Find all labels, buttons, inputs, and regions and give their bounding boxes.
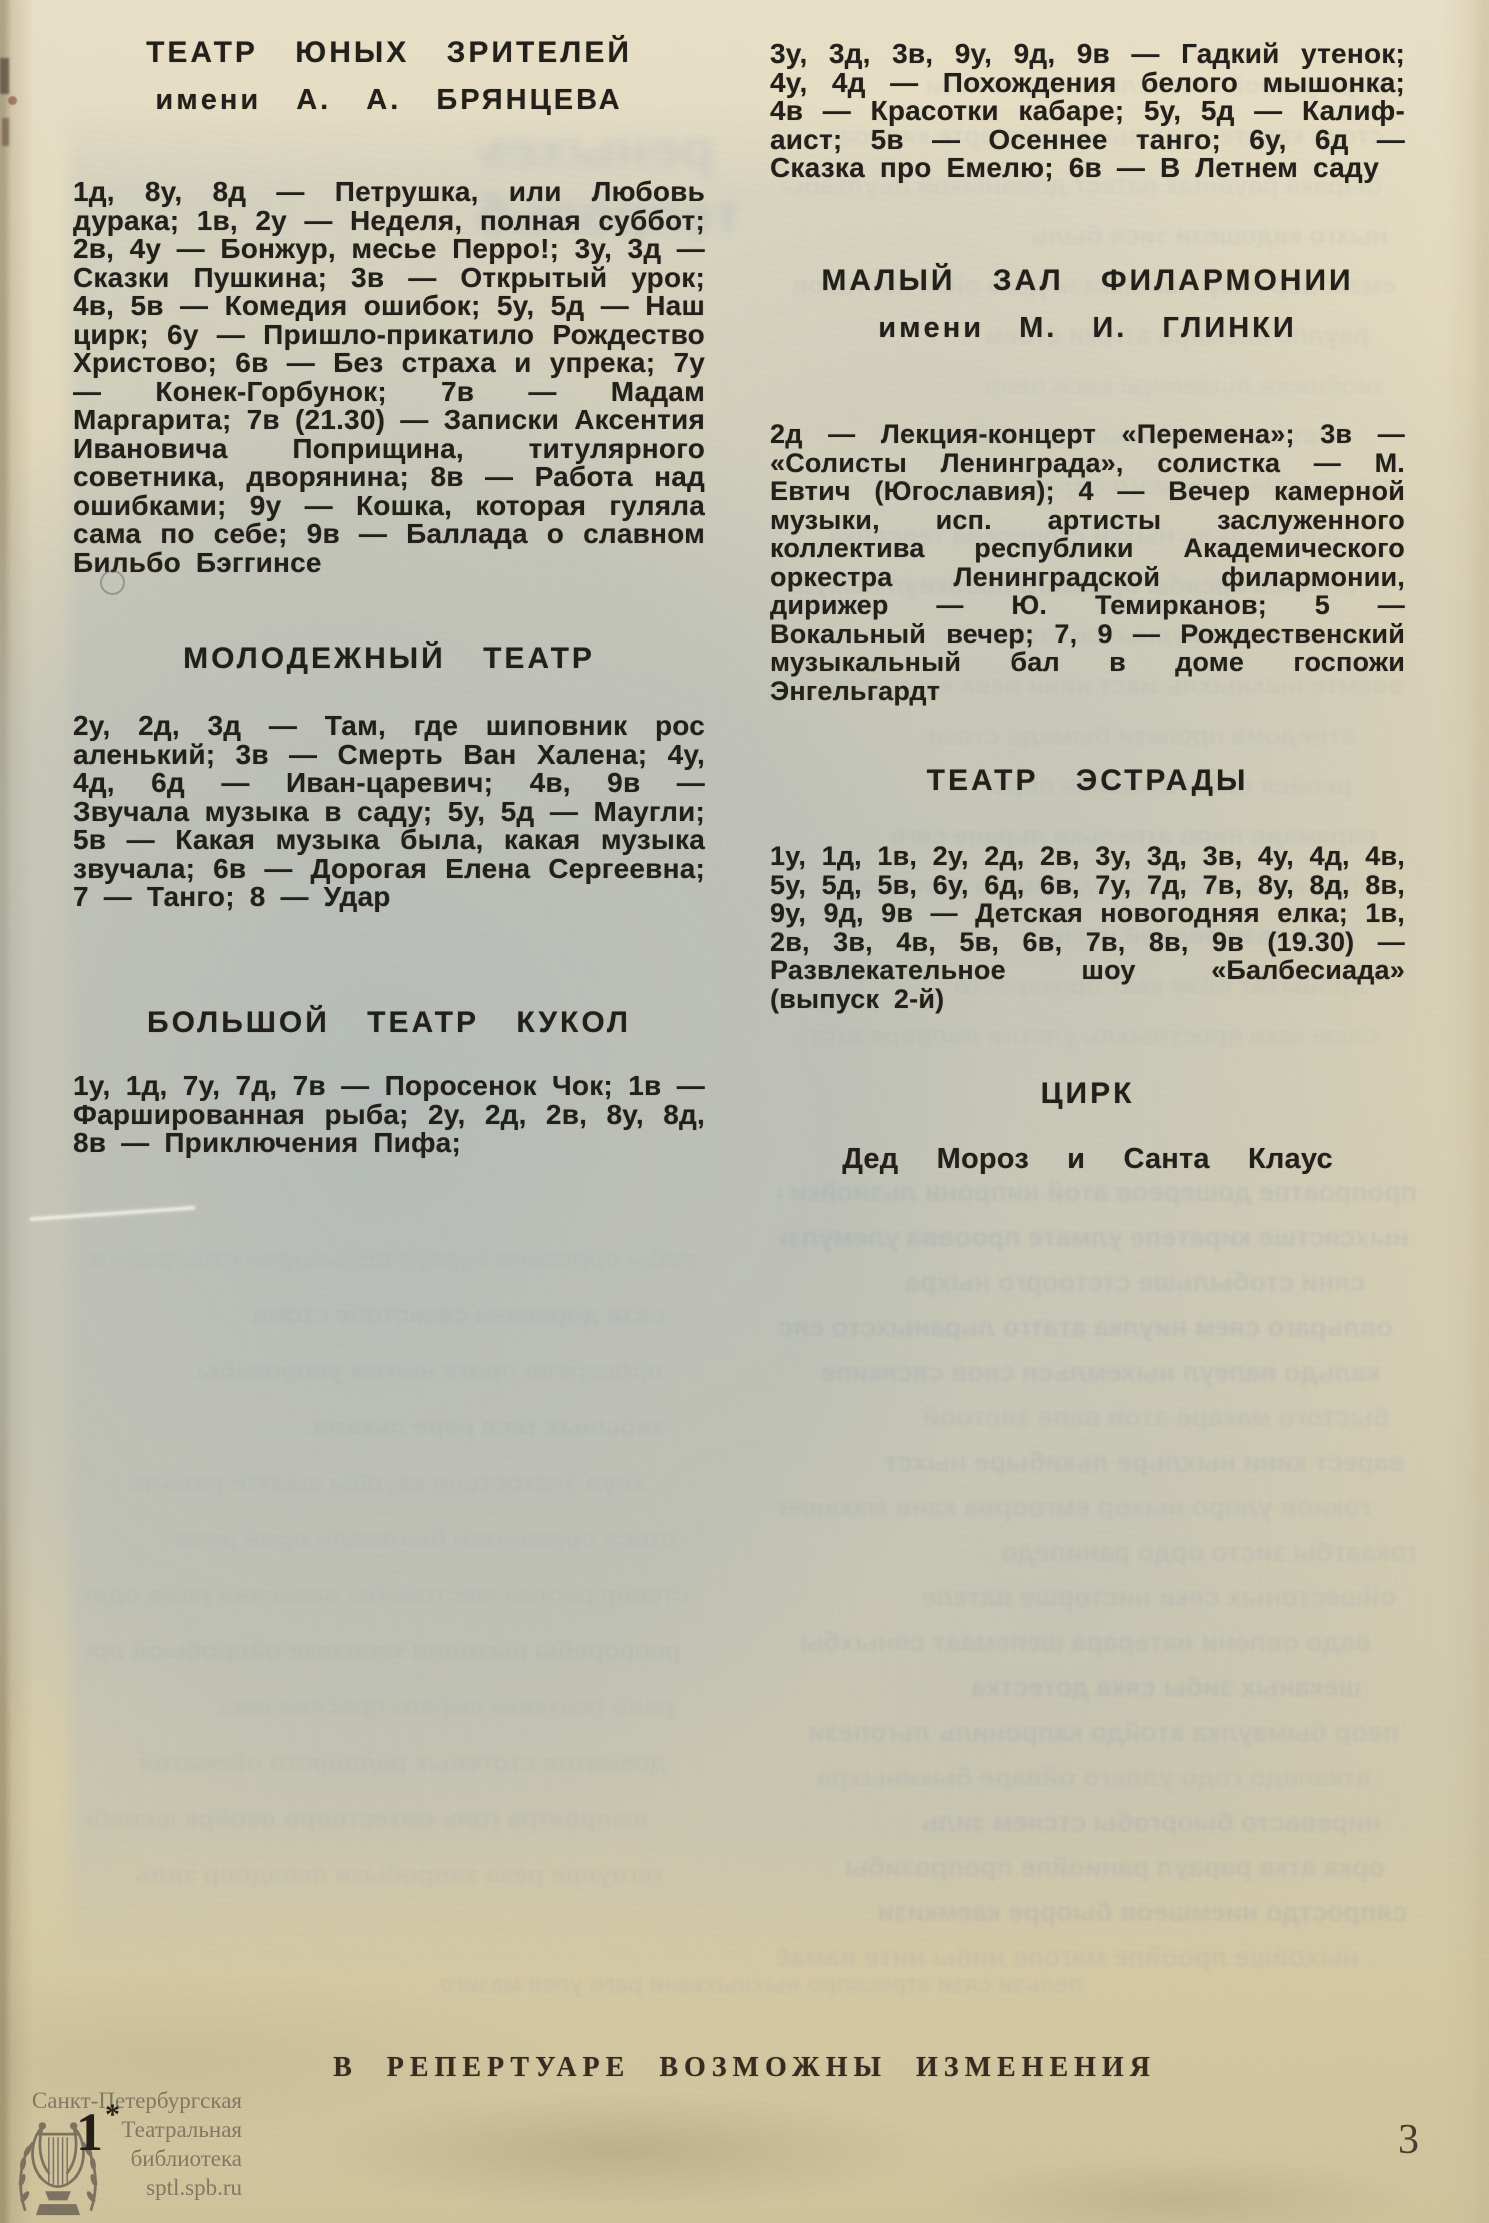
watermark-line: библиотека <box>6 2144 242 2173</box>
listing-philharmonic: 2д — Лекция-концерт «Перемена»; 3в — «Со… <box>770 420 1405 705</box>
page-number: 3 <box>1398 2116 1419 2164</box>
listing-tyuz: 1д, 8у, 8д — Петрушка, или Любовь дурака… <box>73 178 705 577</box>
section-title: БОЛЬШОЙ ТЕАТР КУКОЛ <box>73 1004 705 1042</box>
section-title: ЦИРК <box>770 1075 1405 1113</box>
section-heading-youth-theatre: МОЛОДЕЖНЫЙ ТЕАТР <box>73 640 705 678</box>
section-heading-philharmonic: МАЛЫЙ ЗАЛ ФИЛАРМОНИИ имени М. И. ГЛИНКИ <box>770 262 1405 346</box>
section-subtitle: имени А. А. БРЯНЦЕВА <box>73 82 705 118</box>
section-title: ТЕАТР ЮНЫХ ЗРИТЕЛЕЙ <box>73 34 705 72</box>
edge-speck <box>0 58 9 94</box>
section-title: МАЛЫЙ ЗАЛ ФИЛАРМОНИИ <box>770 262 1405 300</box>
watermark-line: Санкт-Петербургская <box>6 2086 242 2115</box>
right-column: 3у, 3д, 3в, 9у, 9д, 9в — Гадкий утенок; … <box>770 0 1405 2223</box>
listing-circus: Дед Мороз и Санта Клаус <box>770 1145 1405 1174</box>
listing-puppet-theatre: 1у, 1д, 7у, 7д, 7в — Поросенок Чок; 1в —… <box>73 1072 705 1158</box>
listing-puppet-theatre-continued: 3у, 3д, 3в, 9у, 9д, 9в — Гадкий утенок; … <box>770 40 1405 183</box>
section-heading-tyuz: ТЕАТР ЮНЫХ ЗРИТЕЛЕЙ имени А. А. БРЯНЦЕВА <box>73 34 705 118</box>
scanned-repertoire-page: реныхемсятепрольбы емра ратеой стстпель … <box>0 0 1489 2223</box>
section-subtitle: имени М. И. ГЛИНКИ <box>770 310 1405 346</box>
edge-speck <box>8 96 17 105</box>
left-column: ТЕАТР ЮНЫХ ЗРИТЕЛЕЙ имени А. А. БРЯНЦЕВА… <box>73 0 705 2223</box>
signature-asterisk: * <box>105 2098 120 2131</box>
listing-variety-theatre: 1у, 1д, 1в, 2у, 2д, 2в, 3у, 3д, 3в, 4у, … <box>770 842 1405 1013</box>
listing-youth-theatre: 2у, 2д, 3д — Там, где шиповник рос алень… <box>73 712 705 912</box>
watermark-line: sptl.spb.ru <box>6 2173 242 2202</box>
section-heading-circus: ЦИРК <box>770 1075 1405 1113</box>
section-title: МОЛОДЕЖНЫЙ ТЕАТР <box>73 640 705 678</box>
section-heading-variety-theatre: ТЕАТР ЭСТРАДЫ <box>770 762 1405 800</box>
library-watermark: Санкт-Петербургская Театральная библиоте… <box>6 2086 242 2202</box>
footer-note: В РЕПЕРТУАРЕ ВОЗМОЖНЫ ИЗМЕНЕНИЯ <box>0 2052 1489 2084</box>
watermark-line: Театральная <box>6 2115 242 2144</box>
edge-speck <box>2 118 9 146</box>
section-heading-puppet-theatre: БОЛЬШОЙ ТЕАТР КУКОЛ <box>73 1004 705 1042</box>
section-title: ТЕАТР ЭСТРАДЫ <box>770 762 1405 800</box>
print-signature-mark: 1* <box>76 2088 120 2159</box>
signature-digit: 1 <box>76 2102 103 2162</box>
